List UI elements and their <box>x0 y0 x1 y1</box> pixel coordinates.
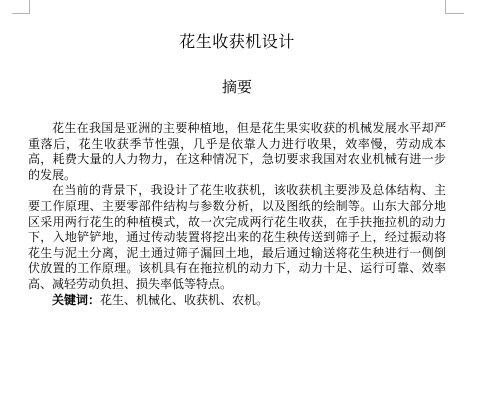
abstract-paragraph-2[interactable]: 在当前的背景下，我设计了花生收获机，该收获机主要涉及总体结构、主要工作原理、主要… <box>28 183 446 292</box>
margin-crop-mark-top-right-horizontal <box>445 13 464 14</box>
keywords-line[interactable]: 关键词：花生、机械化、收获机、农机。 <box>28 293 446 309</box>
margin-crop-mark-top-left-vertical <box>29 0 30 14</box>
margin-crop-mark-top-right-vertical <box>445 0 446 14</box>
document-page: 花生收获机设计 摘要 花生在我国是亚洲的主要种植地，但是花生果实收获的机械发展水… <box>0 0 503 414</box>
document-title[interactable]: 花生收获机设计 <box>29 29 445 52</box>
abstract-body: 花生在我国是亚洲的主要种植地，但是花生果实收获的机械发展水平却严重落后，花生收获… <box>28 121 446 308</box>
abstract-heading[interactable]: 摘要 <box>29 76 445 97</box>
keywords-text: 花生、机械化、收获机、农机。 <box>100 293 268 307</box>
abstract-paragraph-1[interactable]: 花生在我国是亚洲的主要种植地，但是花生果实收获的机械发展水平却严重落后，花生收获… <box>28 121 446 183</box>
margin-crop-mark-top-left-horizontal <box>12 13 30 14</box>
keywords-label: 关键词： <box>52 293 100 307</box>
